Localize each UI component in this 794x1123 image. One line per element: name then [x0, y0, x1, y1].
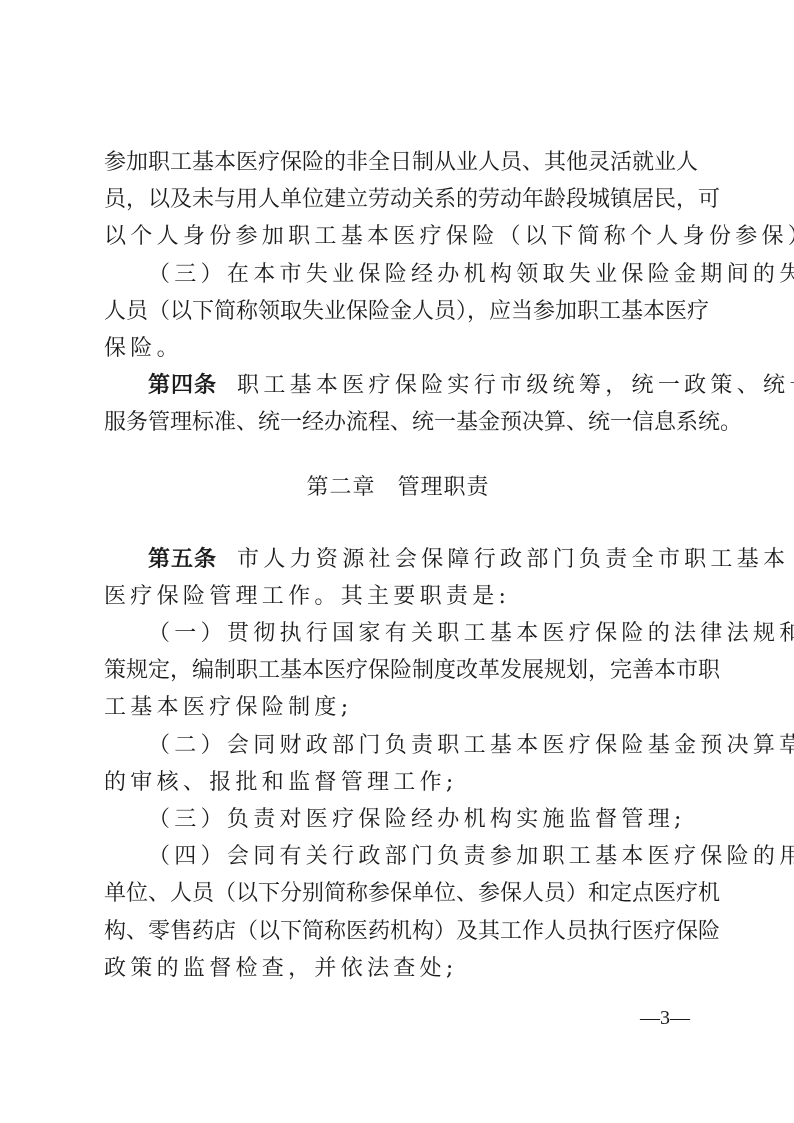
duty-item-1: （一）贯彻执行国家有关职工基本医疗保险的法律法规和政 策规定，编制职工基本医疗保…: [104, 615, 692, 727]
text-line: （三）在本市失业保险经办机构领取失业保险金期间的失业: [104, 256, 692, 293]
text-line: （一）贯彻执行国家有关职工基本医疗保险的法律法规和政: [104, 615, 692, 652]
text-line: （四）会同有关行政部门负责参加职工基本医疗保险的用人: [104, 838, 692, 875]
duty-item-3: （三）负责对医疗保险经办机构实施监督管理;: [104, 801, 692, 838]
chapter-heading: 第二章管理职责: [104, 469, 692, 506]
text-line: 的审核、报批和监督管理工作;: [104, 764, 692, 801]
text-line: （二）会同财政部门负责职工基本医疗保险基金预决算草案: [104, 727, 692, 764]
text-line: 工基本医疗保险制度;: [104, 689, 692, 726]
article-text: 职工基本医疗保险实行市级统筹，统一政策、统一: [237, 373, 794, 398]
text-line: 人员（以下简称领取失业保险金人员），应当参加职工基本医疗: [104, 293, 692, 330]
text-line: 员，以及未与用人单位建立劳动关系的劳动年龄段城镇居民，可: [104, 181, 692, 218]
chapter-number: 第二章: [306, 475, 375, 500]
paragraph-item-3: （三）在本市失业保险经办机构领取失业保险金期间的失业 人员（以下简称领取失业保险…: [104, 256, 692, 368]
duty-item-2: （二）会同财政部门负责职工基本医疗保险基金预决算草案 的审核、报批和监督管理工作…: [104, 727, 692, 801]
text-line: 以个人身份参加职工基本医疗保险（以下简称个人身份参保）;: [104, 218, 692, 255]
page-number: —3—: [640, 1007, 690, 1030]
duty-item-4: （四）会同有关行政部门负责参加职工基本医疗保险的用人 单位、人员（以下分别简称参…: [104, 838, 692, 987]
text-line: 保险。: [104, 330, 692, 367]
text-line: 政策的监督检查，并依法查处;: [104, 950, 692, 987]
paragraph-item-2-continued: 参加职工基本医疗保险的非全日制从业人员、其他灵活就业人 员，以及未与用人单位建立…: [104, 144, 692, 256]
text-line: 构、零售药店（以下简称医药机构）及其工作人员执行医疗保险: [104, 913, 692, 950]
text-line: （三）负责对医疗保险经办机构实施监督管理;: [104, 801, 692, 838]
text-line: 医疗保险管理工作。其主要职责是:: [104, 578, 692, 615]
text-line: 单位、人员（以下分别简称参保单位、参保人员）和定点医疗机: [104, 875, 692, 912]
article-4: 第四条职工基本医疗保险实行市级统筹，统一政策、统一 服务管理标准、统一经办流程、…: [104, 367, 692, 441]
chapter-title: 管理职责: [398, 475, 490, 500]
article-5: 第五条市人力资源社会保障行政部门负责全市职工基本 医疗保险管理工作。其主要职责是…: [104, 541, 692, 615]
text-line: 参加职工基本医疗保险的非全日制从业人员、其他灵活就业人: [104, 144, 692, 181]
text-line: 第五条市人力资源社会保障行政部门负责全市职工基本: [104, 541, 692, 578]
article-text: 市人力资源社会保障行政部门负责全市职工基本: [237, 547, 789, 572]
article-number: 第五条: [148, 547, 217, 572]
text-line: 服务管理标准、统一经办流程、统一基金预决算、统一信息系统。: [104, 404, 692, 441]
document-page: 参加职工基本医疗保险的非全日制从业人员、其他灵活就业人 员，以及未与用人单位建立…: [104, 144, 692, 987]
text-line: 第四条职工基本医疗保险实行市级统筹，统一政策、统一: [104, 367, 692, 404]
text-line: 策规定，编制职工基本医疗保险制度改革发展规划，完善本市职: [104, 652, 692, 689]
article-number: 第四条: [148, 373, 217, 398]
